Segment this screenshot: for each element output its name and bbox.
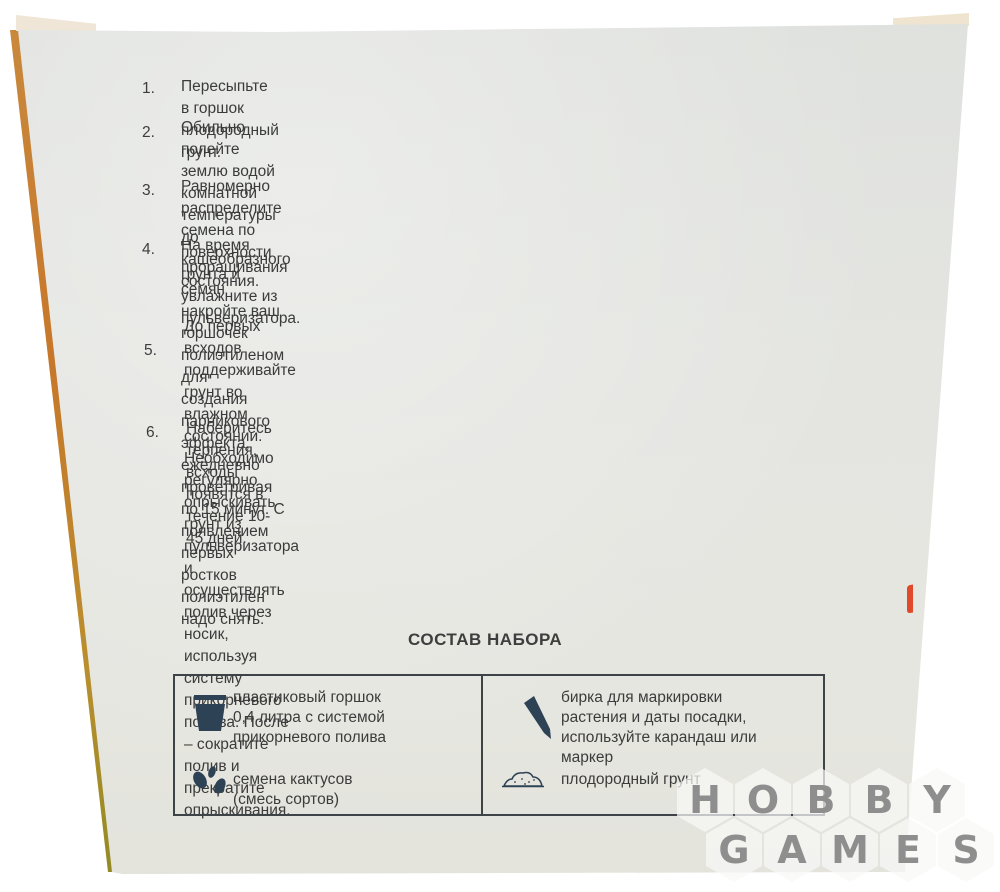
watermark-letter: Y <box>909 768 965 832</box>
kit-contents-title: СОСТАВ НАБОРА <box>408 630 562 650</box>
box-flap-right <box>893 13 969 26</box>
kit-table-divider <box>481 674 483 816</box>
kit-item-tag: бирка для маркировки растения и даты пос… <box>561 688 757 768</box>
step-number: 4. <box>142 241 155 259</box>
step-number: 3. <box>142 182 155 200</box>
box-flap-left <box>16 15 96 31</box>
soil-icon <box>501 767 545 789</box>
step-number: 5. <box>144 342 157 360</box>
step-number: 6. <box>146 424 159 442</box>
tag-icon <box>522 695 556 741</box>
box-side-red-mark <box>907 584 913 613</box>
watermark-letter: S <box>938 818 994 882</box>
step-number: 1. <box>142 80 155 98</box>
step-number: 2. <box>142 124 155 142</box>
step-text: Наберитесь терпения, всходы появятся в т… <box>186 418 272 550</box>
pot-icon <box>193 695 227 733</box>
seeds-icon <box>190 765 230 797</box>
kit-item-seeds: семена кактусов (смесь сортов) <box>233 770 352 810</box>
kit-item-pot: пластиковый горшок 0,4 литра с системой … <box>233 688 386 748</box>
